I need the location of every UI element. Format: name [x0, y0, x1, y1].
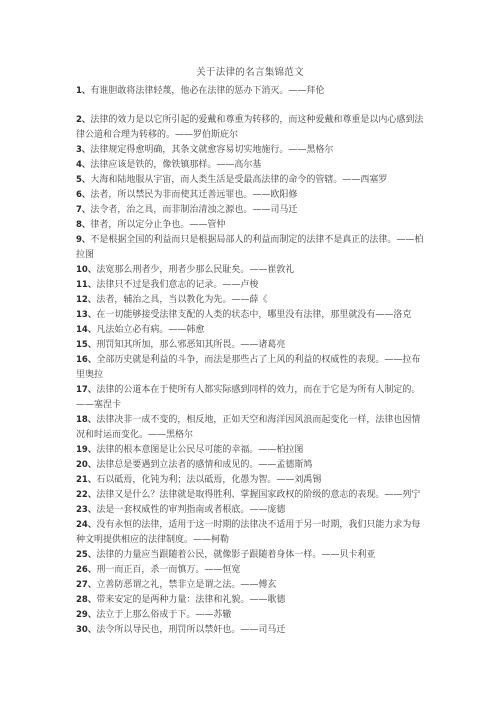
- quote-item: 28、带来安定的是两种力量：法律和礼貌。——歌德: [76, 593, 424, 608]
- quote-item: 8、律者，所以定分止争也。——管仲: [76, 218, 424, 233]
- quote-number: 16、: [76, 355, 96, 365]
- quote-text: 全部历史就是利益的斗争，而法是那些占了上风的利益的权威性的表现。——拉布里奥拉: [76, 355, 420, 380]
- quote-list: 1、有谁胆敢将法律轻蔑，他必在法律的惩办下消灭。——拜伦2、法律的效力是以它所引…: [76, 84, 424, 638]
- quote-item: 15、刑罚知其所加，那么邪恶知其所畏。——诸葛亮: [76, 338, 424, 353]
- quote-number: 4、: [76, 160, 90, 170]
- quote-item: 20、法律总是要遇到立法者的感情和成见的。——孟德斯鸠: [76, 458, 424, 473]
- quote-item: 21、石以砥焉，化钝为利；法以砥焉，化愚为智。——刘禹锡: [76, 473, 424, 488]
- quote-number: 15、: [76, 340, 96, 350]
- quote-number: 11、: [76, 280, 96, 290]
- quote-item: 9、不是根据全国的利益而只是根据局部人的利益而制定的法律不是真正的法律。——柏拉…: [76, 233, 424, 263]
- quote-number: 14、: [76, 325, 96, 335]
- quote-item: 14、凡法始立必有病。——韩愈: [76, 323, 424, 338]
- quote-number: 8、: [76, 220, 90, 230]
- quote-text: 没有永恒的法律，适用于这一时期的法律决不适用于另一时期，我们只能力求为每种文明提…: [76, 520, 420, 545]
- quote-item: 6、法者，所以禁民为非而使其迁善远罪也。——欧阳修: [76, 188, 424, 203]
- quote-item: 23、法是一套权威性的审判指南或者根底。——庞德: [76, 503, 424, 518]
- quote-text: 法令所以导民也，刑罚所以禁奸也。——司马迁: [96, 625, 285, 635]
- quote-item: 16、全部历史就是利益的斗争，而法是那些占了上风的利益的权威性的表现。——拉布里…: [76, 353, 424, 383]
- quote-text: 律者，所以定分止争也。——管仲: [90, 220, 225, 230]
- quote-number: 3、: [76, 145, 90, 155]
- quote-text: 法律的根本意图是让公民尽可能的幸福。——柏拉图: [96, 445, 303, 455]
- quote-text: 法律又是什么？法律就是取得胜利、掌握国家政权的阶级的意志的表现。——列宁: [96, 490, 420, 500]
- quote-number: 29、: [76, 610, 96, 620]
- quote-item: 7、法令者，治之具，而非制治清浊之源也。——司马迁: [76, 203, 424, 218]
- quote-text: 不是根据全国的利益而只是根据局部人的利益而制定的法律不是真正的法律。——柏拉图: [76, 235, 423, 260]
- quote-text: 凡法始立必有病。——韩愈: [96, 325, 204, 335]
- quote-number: 17、: [76, 385, 96, 395]
- quote-number: 5、: [76, 175, 90, 185]
- quote-item: 4、法律应该是铁的，像铁镇那样。——高尔基: [76, 158, 424, 173]
- quote-text: 法律的公道本在于使所有人都实际感到同样的效力，而在于它是为所有人制定的。——塞涅…: [76, 385, 420, 410]
- quote-number: 18、: [76, 415, 96, 425]
- quote-item: 11、法律只不过是我们意志的记录。——卢梭: [76, 278, 424, 293]
- quote-number: 24、: [76, 520, 96, 530]
- quote-text: 法令者，治之具，而非制治清浊之源也。——司马迁: [90, 205, 297, 215]
- quote-text: 法律只不过是我们意志的记录。——卢梭: [96, 280, 258, 290]
- quote-number: 7、: [76, 205, 90, 215]
- quote-item: 10、法宽那么刑者少，刑者少那么民耻矣。——崔敦礼: [76, 263, 424, 278]
- quote-text: 法律总是要遇到立法者的感情和成见的。——孟德斯鸠: [96, 460, 312, 470]
- quote-text: 石以砥焉，化钝为利；法以砥焉，化愚为智。——刘禹锡: [96, 475, 321, 485]
- quote-number: 19、: [76, 445, 96, 455]
- quote-number: 1、: [76, 86, 90, 96]
- quote-number: 28、: [76, 595, 96, 605]
- quote-item: 1、有谁胆敢将法律轻蔑，他必在法律的惩办下消灭。——拜伦: [76, 84, 424, 99]
- document-title: 关于法律的名言集锦范文: [0, 64, 500, 78]
- quote-text: 刑罚知其所加，那么邪恶知其所畏。——诸葛亮: [96, 340, 285, 350]
- quote-item: 5、大海和陆地服从宇宙，而人类生活是受最高法律的命令的管辖。——西塞罗: [76, 173, 424, 188]
- quote-text: 法律应该是铁的，像铁镇那样。——高尔基: [90, 160, 261, 170]
- quote-item: 12、法者，辅治之具，当以教化为先。——薛《: [76, 293, 424, 308]
- quote-number: 2、: [76, 115, 90, 125]
- quote-text: 在一切能够接受法律支配的人类的状态中，哪里没有法律，那里就没有——洛克: [96, 310, 411, 320]
- quote-text: 立善防恶谓之礼，禁非立是谓之法。——傅玄: [96, 580, 276, 590]
- quote-number: 12、: [76, 295, 96, 305]
- quote-text: 法是一套权威性的审判指南或者根底。——庞德: [96, 505, 285, 515]
- quote-number: 26、: [76, 565, 96, 575]
- quote-text: 法律规定得愈明确，其条文就愈容易切实地施行。——黑格尔: [90, 145, 333, 155]
- quote-number: 23、: [76, 505, 96, 515]
- quote-item: 13、在一切能够接受法律支配的人类的状态中，哪里没有法律，那里就没有——洛克: [76, 308, 424, 323]
- quote-text: 法者，辅治之具，当以教化为先。——薛《: [96, 295, 267, 305]
- quote-item: 2、法律的效力是以它所引起的爱戴和尊重为转移的，而这种爱戴和尊重是以内心感到法律…: [76, 113, 424, 143]
- quote-text: 大海和陆地服从宇宙，而人类生活是受最高法律的命令的管辖。——西塞罗: [90, 175, 387, 185]
- quote-text: 法者，所以禁民为非而使其迁善远罪也。——欧阳修: [90, 190, 297, 200]
- quote-item: 24、没有永恒的法律，适用于这一时期的法律决不适用于另一时期，我们只能力求为每种…: [76, 518, 424, 548]
- quote-item: 25、法律的力量应当跟随着公民，就像影子跟随着身体一样。——贝卡利亚: [76, 548, 424, 563]
- quote-item: 18、法律决非一成不变的，相反地，正如天空和海洋因风浪而起变化一样，法律也因情况…: [76, 413, 424, 443]
- quote-item: 17、法律的公道本在于使所有人都实际感到同样的效力，而在于它是为所有人制定的。—…: [76, 383, 424, 413]
- quote-item: 26、刑一而正百，杀一而慎万。——恒宽: [76, 563, 424, 578]
- quote-text: 法宽那么刑者少，刑者少那么民耻矣。——崔敦礼: [96, 265, 294, 275]
- quote-item: 27、立善防恶谓之礼，禁非立是谓之法。——傅玄: [76, 578, 424, 593]
- quote-number: 10、: [76, 265, 96, 275]
- quote-number: 27、: [76, 580, 96, 590]
- quote-number: 13、: [76, 310, 96, 320]
- quote-item: 22、法律又是什么？法律就是取得胜利、掌握国家政权的阶级的意志的表现。——列宁: [76, 488, 424, 503]
- quote-text: 带来安定的是两种力量：法律和礼貌。——歌德: [96, 595, 285, 605]
- quote-item: 29、法立于上那么俗成于下。——苏辙: [76, 608, 424, 623]
- quote-number: 22、: [76, 490, 96, 500]
- quote-number: 25、: [76, 550, 96, 560]
- document-page: 关于法律的名言集锦范文 1、有谁胆敢将法律轻蔑，他必在法律的惩办下消灭。——拜伦…: [0, 0, 500, 707]
- quote-number: 9、: [76, 235, 90, 245]
- quote-text: 刑一而正百，杀一而慎万。——恒宽: [96, 565, 240, 575]
- quote-text: 法律的力量应当跟随着公民，就像影子跟随着身体一样。——贝卡利亚: [96, 550, 375, 560]
- quote-item: 30、法令所以导民也，刑罚所以禁奸也。——司马迁: [76, 623, 424, 638]
- quote-item: 3、法律规定得愈明确，其条文就愈容易切实地施行。——黑格尔: [76, 143, 424, 158]
- quote-number: 6、: [76, 190, 90, 200]
- quote-number: 30、: [76, 625, 96, 635]
- quote-text: 法律的效力是以它所引起的爱戴和尊重为转移的，而这种爱戴和尊重是以内心感到法律公道…: [76, 115, 423, 140]
- quote-number: 20、: [76, 460, 96, 470]
- quote-text: 法立于上那么俗成于下。——苏辙: [96, 610, 231, 620]
- quote-number: 21、: [76, 475, 96, 485]
- quote-text: 法律决非一成不变的，相反地，正如天空和海洋因风浪而起变化一样，法律也因情况和时运…: [76, 415, 420, 440]
- quote-text: 有谁胆敢将法律轻蔑，他必在法律的惩办下消灭。——拜伦: [90, 86, 324, 96]
- quote-item: 19、法律的根本意图是让公民尽可能的幸福。——柏拉图: [76, 443, 424, 458]
